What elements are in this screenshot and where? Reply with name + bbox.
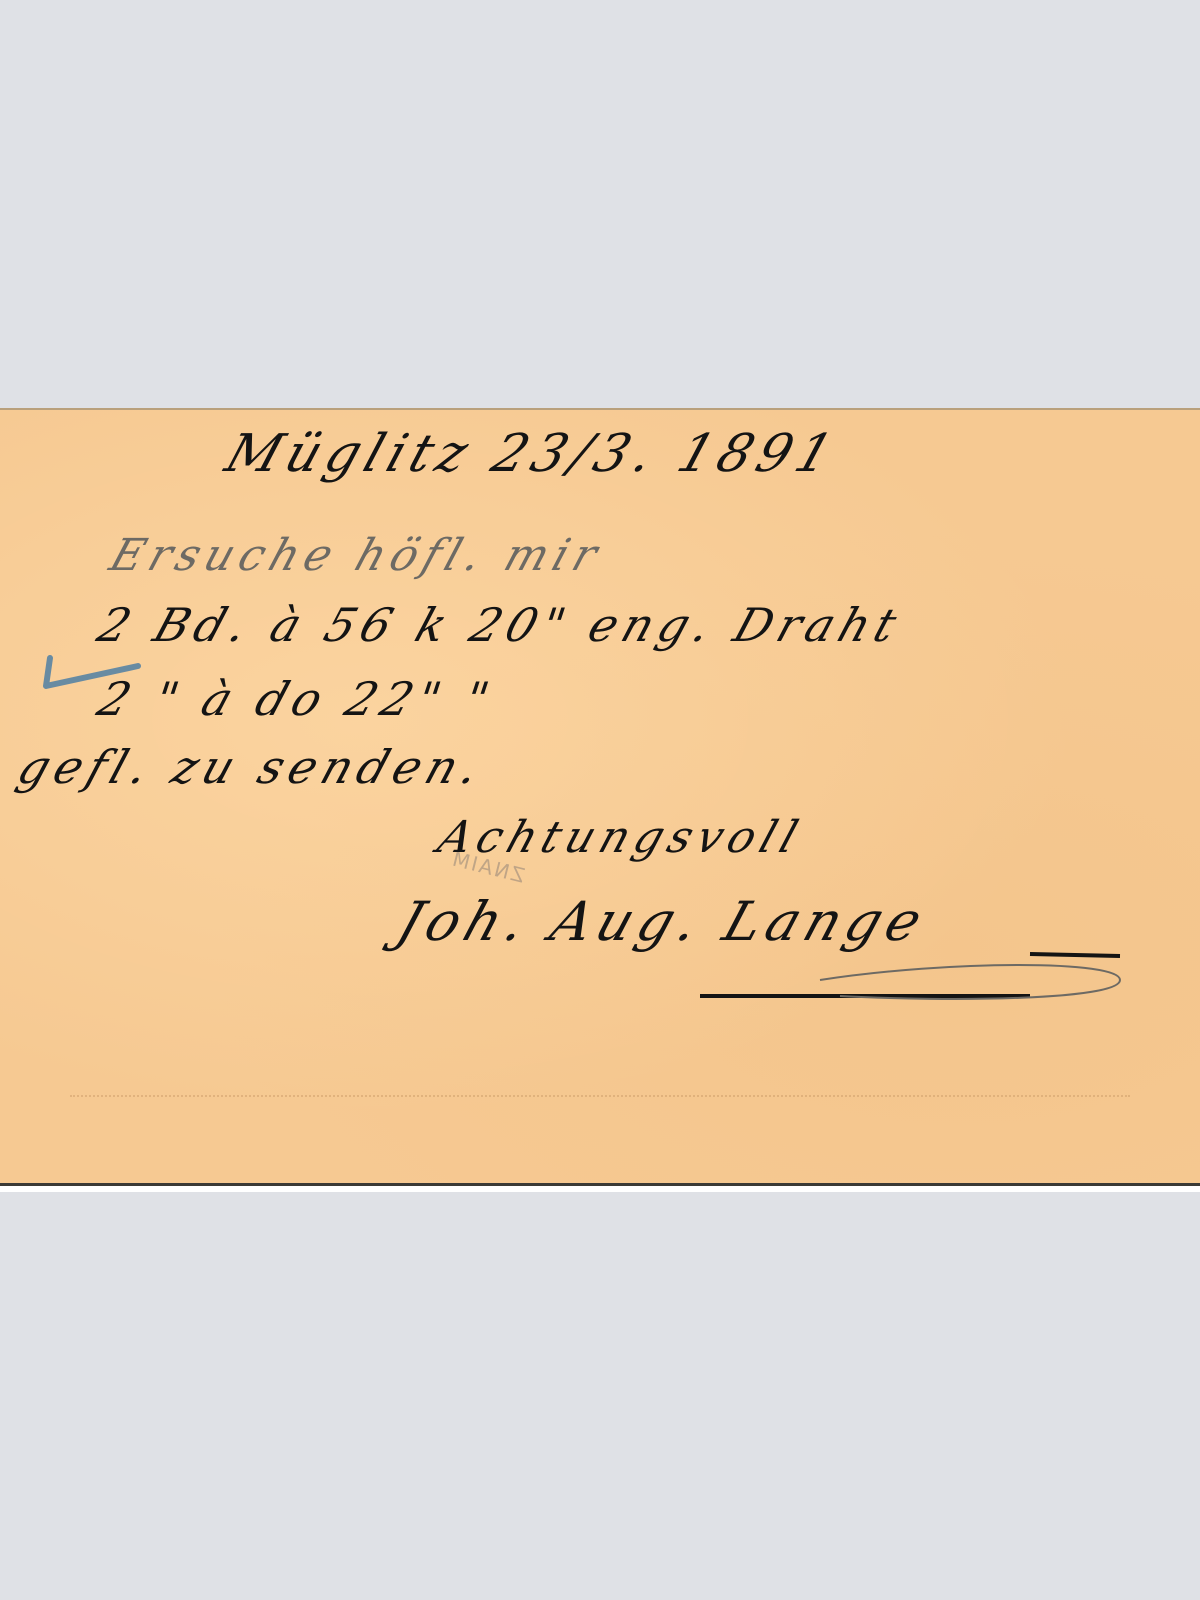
message-line-2: 2 Bd. à 56 k 20" eng. Draht [91,598,909,652]
postcard [0,408,1200,1186]
closing: Achtungsvoll [432,812,810,863]
message-line-1: Ersuche höfl. mir [104,530,610,581]
message-line-3: 2 " à do 22" " [91,672,501,726]
place-date-line: Müglitz 23/3. 1891 [218,424,846,484]
message-line-4: gefl. zu senden. [11,740,492,794]
signature-flourish [700,940,1140,1010]
blue-check-mark-icon [42,652,142,692]
printed-lines-bleed [70,1095,1130,1107]
card-edge [0,1186,1200,1192]
